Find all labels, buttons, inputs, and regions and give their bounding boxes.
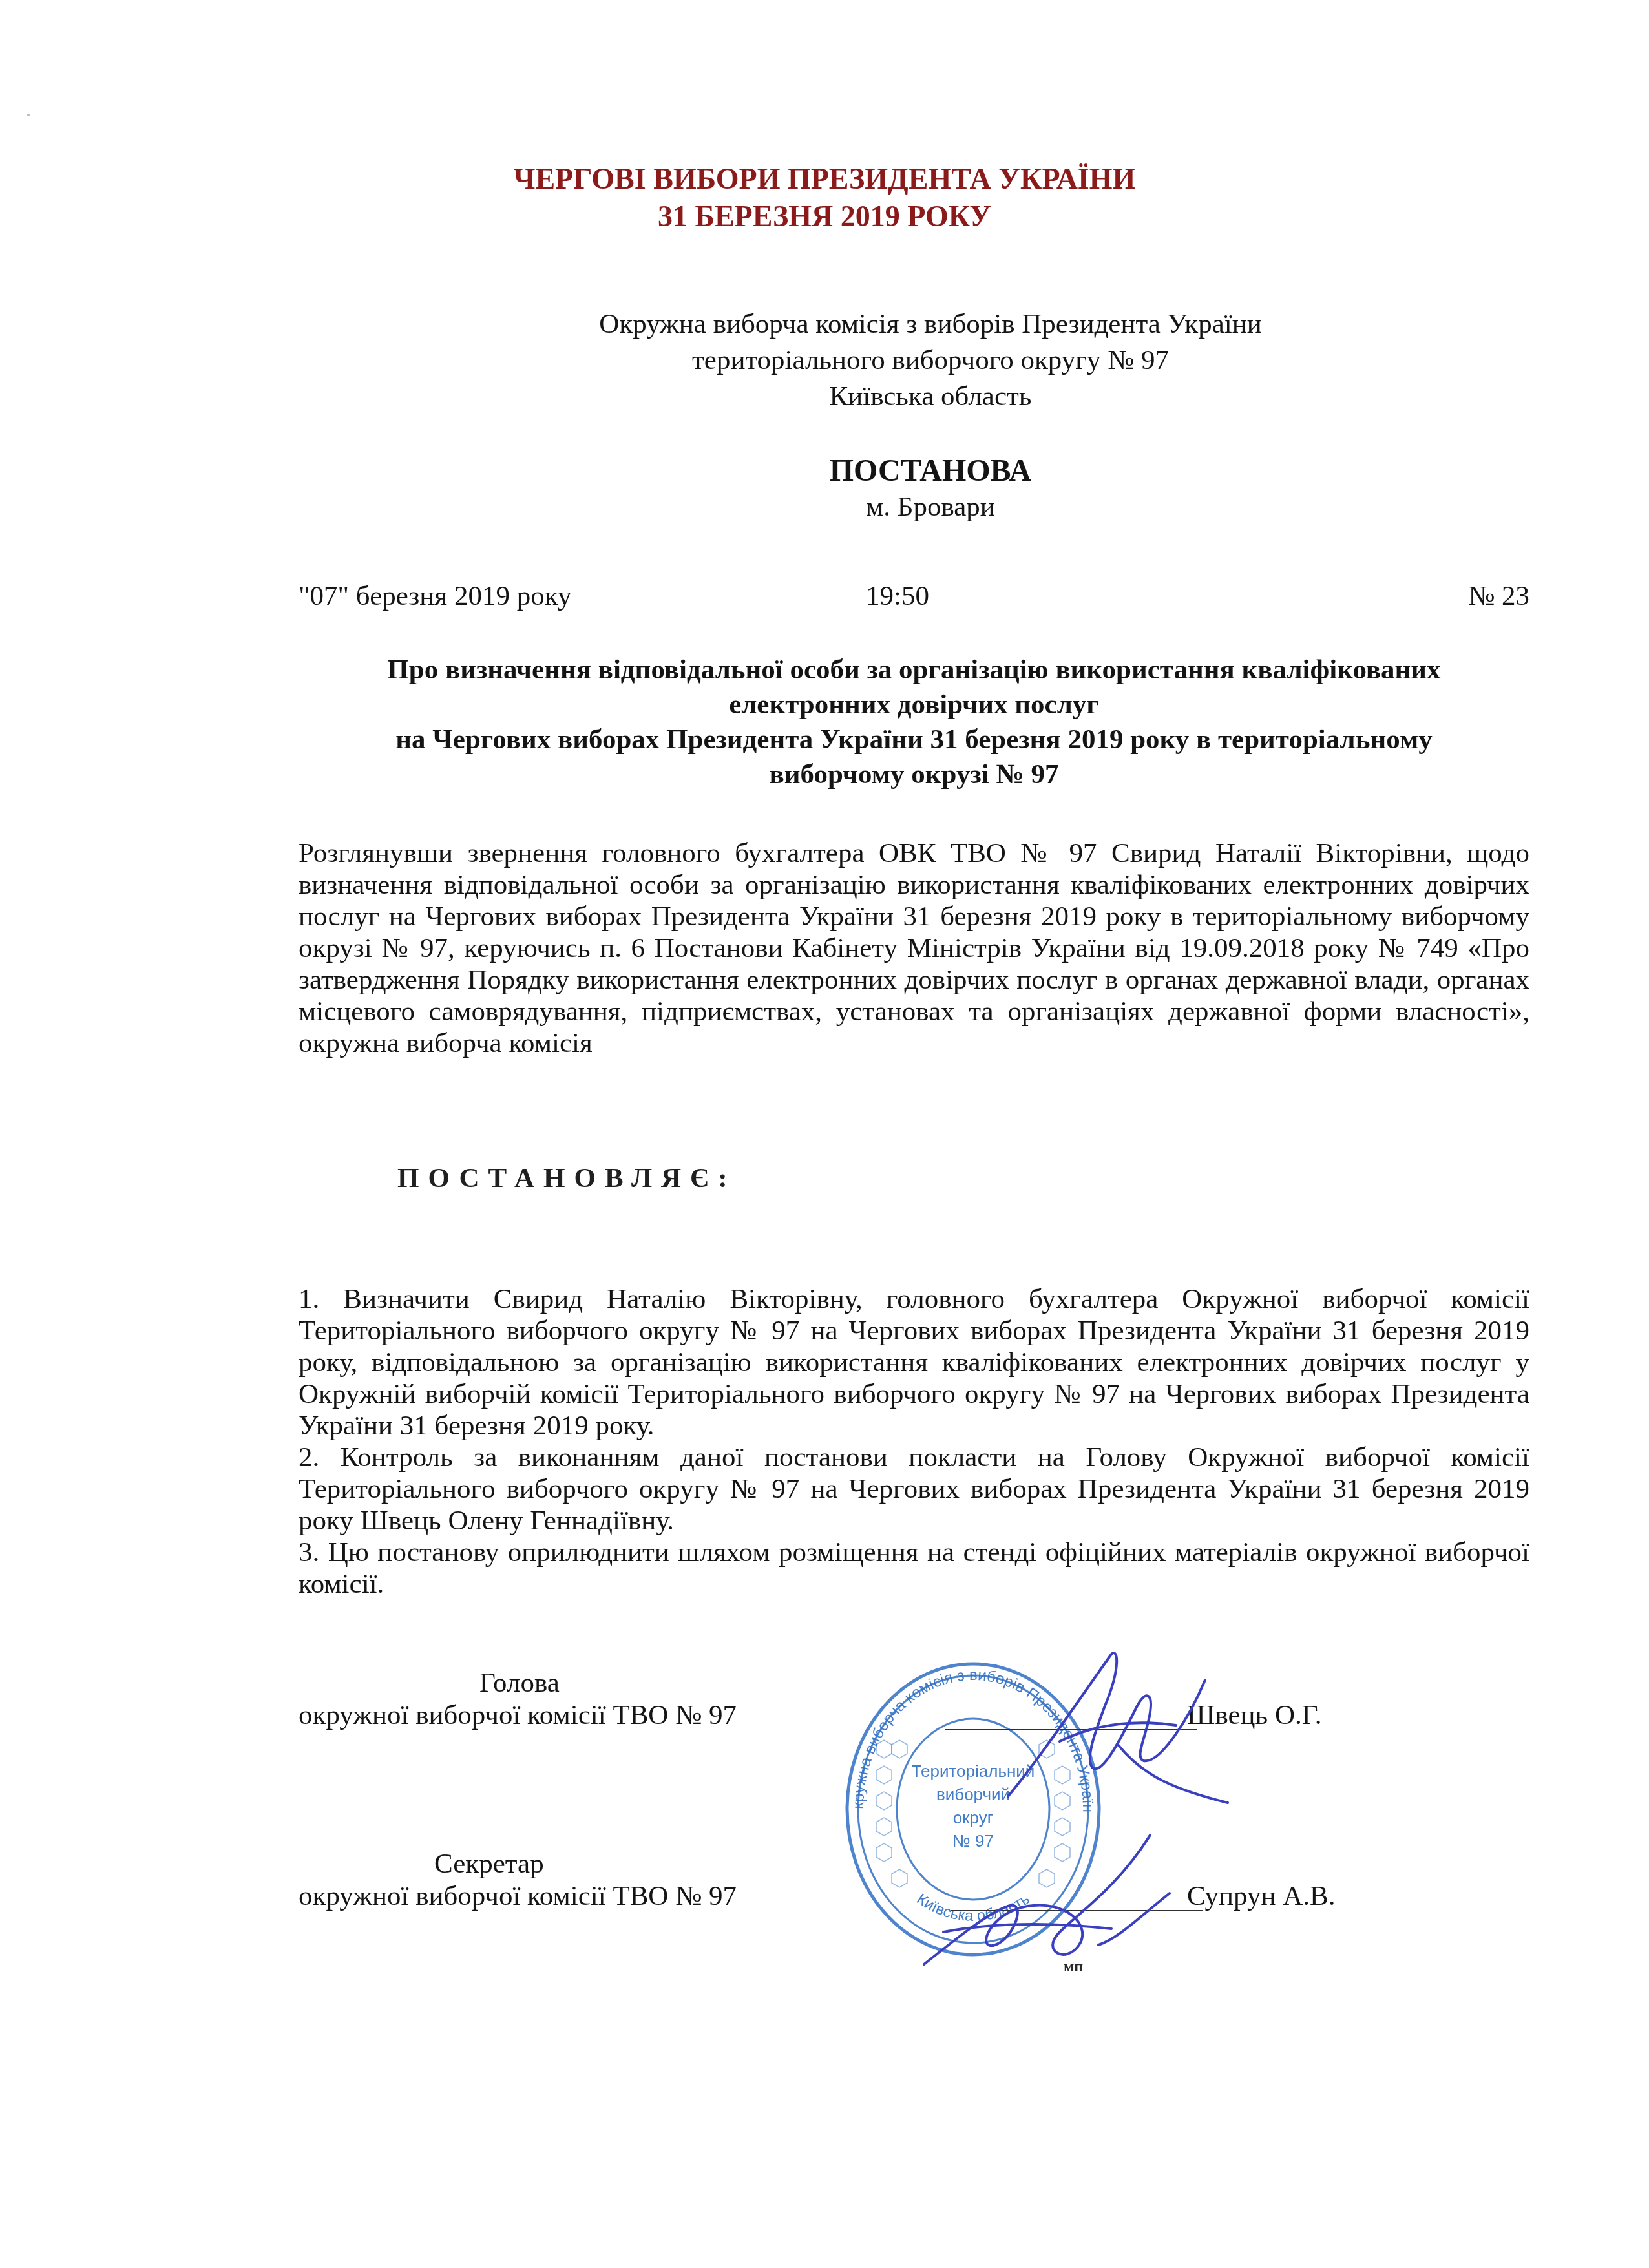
secretary-organization: окружної виборчої комісії ТВО № 97	[299, 1880, 737, 1913]
stamp-inner-line-1: Територіальний	[912, 1761, 1035, 1781]
document-meta-row: "07" березня 2019 року 19:50 № 23	[299, 578, 1529, 614]
stamp-bottom-text: Київська область	[914, 1890, 1033, 1925]
resolution-item-3: 3. Цю постанову оприлюднити шляхом розмі…	[299, 1537, 1529, 1600]
subject-line-1: Про визначення відповідальної особи за о…	[299, 653, 1529, 688]
resolution-items: 1. Визначити Свирид Наталію Вікторівну, …	[299, 1283, 1529, 1600]
seal-mark: мп	[1064, 1958, 1083, 1976]
subject-line-4: виборчому окрузі № 97	[299, 757, 1529, 792]
document-time: 19:50	[866, 578, 929, 614]
document-date: "07" березня 2019 року	[299, 578, 571, 614]
commission-line-2: територіального виборчого округу № 97	[504, 342, 1357, 379]
svg-text:Київська область: Київська область	[914, 1890, 1033, 1925]
stamp-inner-line-3: округ	[953, 1808, 994, 1827]
election-title-line-1: ЧЕРГОВІ ВИБОРИ ПРЕЗИДЕНТА УКРАЇНИ	[0, 160, 1649, 198]
document-subject: Про визначення відповідальної особи за о…	[299, 653, 1529, 792]
commission-name: Окружна виборча комісія з виборів Презид…	[504, 306, 1357, 415]
head-signature-line	[945, 1729, 1197, 1730]
document-heading: ПОСТАНОВА м. Бровари	[504, 452, 1357, 525]
official-stamp: Окружна виборча комісія з виборів Презид…	[837, 1648, 1109, 1984]
subject-line-3: на Чергових виборах Президента України 3…	[299, 722, 1529, 757]
document-type: ПОСТАНОВА	[504, 452, 1357, 490]
secretary-name: Супрун А.В.	[1187, 1880, 1336, 1913]
head-name: Швець О.Г.	[1187, 1699, 1321, 1732]
resolves-heading: ПОСТАНОВЛЯЄ:	[397, 1160, 737, 1197]
document-page: ЧЕРГОВІ ВИБОРИ ПРЕЗИДЕНТА УКРАЇНИ 31 БЕР…	[0, 0, 1649, 2268]
head-role: Голова	[479, 1667, 560, 1699]
commission-line-1: Окружна виборча комісія з виборів Презид…	[504, 306, 1357, 342]
election-title: ЧЕРГОВІ ВИБОРИ ПРЕЗИДЕНТА УКРАЇНИ 31 БЕР…	[0, 160, 1649, 235]
secretary-signature-line	[951, 1910, 1203, 1911]
secretary-role: Секретар	[434, 1848, 544, 1880]
stamp-inner-line-4: № 97	[952, 1831, 994, 1851]
document-city: м. Бровари	[504, 490, 1357, 525]
election-title-line-2: 31 БЕРЕЗНЯ 2019 РОКУ	[0, 198, 1649, 235]
subject-line-2: електронних довірчих послуг	[299, 688, 1529, 722]
resolution-item-1: 1. Визначити Свирид Наталію Вікторівну, …	[299, 1283, 1529, 1442]
preamble-paragraph: Розглянувши звернення головного бухгалте…	[299, 837, 1529, 1059]
head-organization: окружної виборчої комісії ТВО № 97	[299, 1699, 737, 1732]
resolution-item-2: 2. Контроль за виконанням даної постанов…	[299, 1442, 1529, 1537]
commission-line-3: Київська область	[504, 379, 1357, 415]
scan-speck	[27, 114, 30, 116]
document-number: № 23	[1468, 578, 1529, 614]
stamp-inner-line-2: виборчий	[936, 1785, 1010, 1804]
